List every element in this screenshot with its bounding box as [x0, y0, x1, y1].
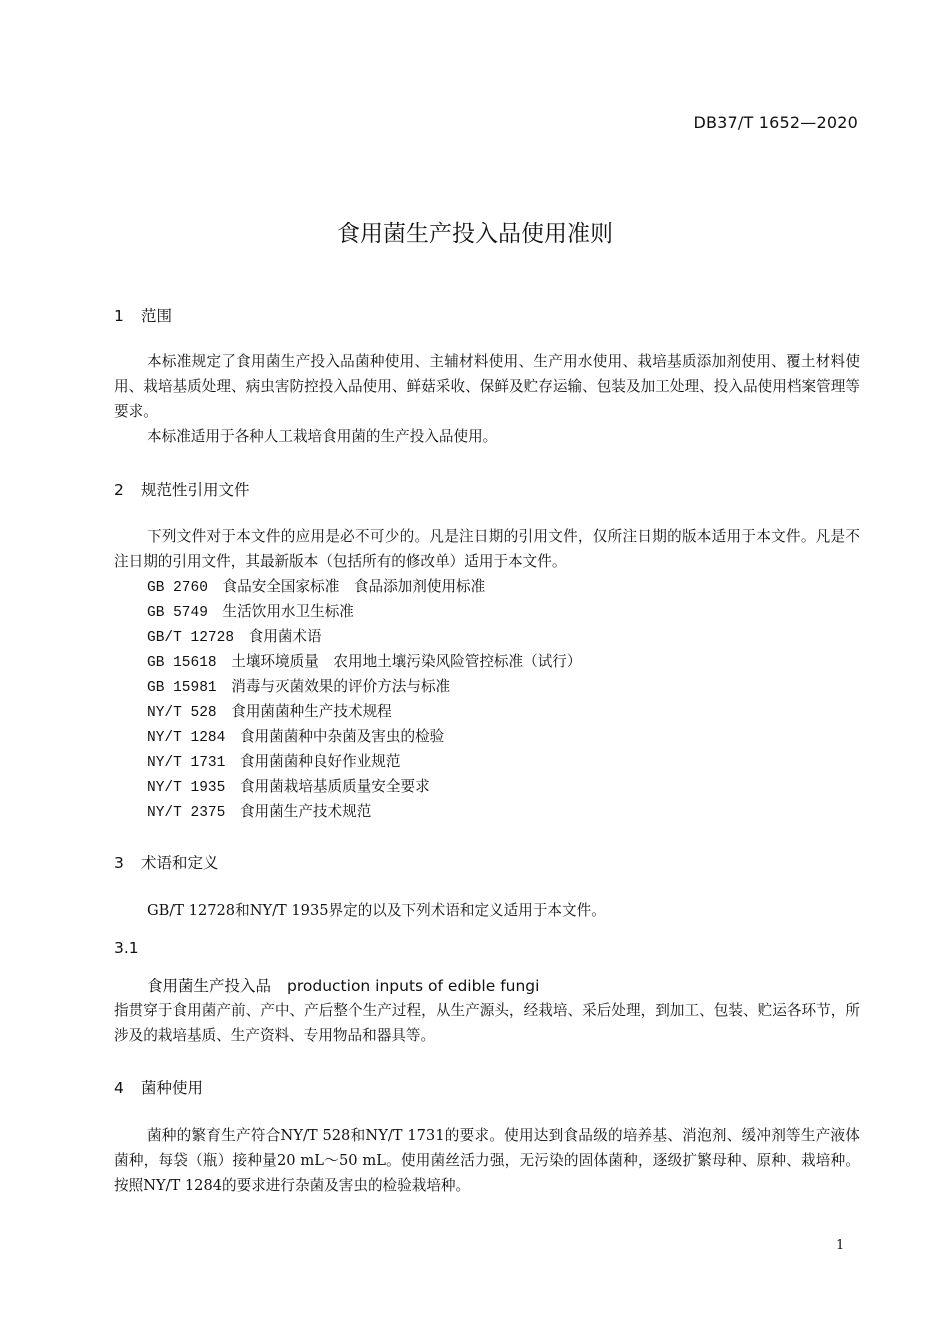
spawn-use-paragraph: 菌种的繁育生产符合NY/T 528和NY/T 1731的要求。使用达到食品级的培… — [114, 1123, 860, 1198]
subsection-3-1-number: 3.1 — [114, 939, 139, 957]
term-chinese: 食用菌生产投入品 — [147, 977, 271, 995]
reference-item: NY/T 2375 食用菌生产技术规范 — [147, 799, 371, 826]
reference-item: NY/T 1935 食用菌栽培基质质量安全要求 — [147, 774, 430, 801]
section-2-heading: 2规范性引用文件 — [114, 478, 250, 500]
section-3-heading: 3术语和定义 — [114, 851, 219, 873]
section-title: 范围 — [141, 307, 172, 325]
section-number: 3 — [114, 854, 141, 872]
page-number: 1 — [836, 1238, 844, 1253]
document-page: DB37/T 1652—2020 食用菌生产投入品使用准则 1范围 本标准规定了… — [0, 0, 950, 1344]
document-title: 食用菌生产投入品使用准则 — [0, 215, 950, 248]
reference-item: NY/T 528 食用菌菌种生产技术规程 — [147, 699, 392, 726]
terms-intro: GB/T 12728和NY/T 1935界定的以及下列术语和定义适用于本文件。 — [114, 898, 860, 923]
section-title: 菌种使用 — [141, 1079, 203, 1097]
term-entry: 食用菌生产投入品production inputs of edible fung… — [147, 974, 539, 996]
scope-paragraph-2: 本标准适用于各种人工栽培食用菌的生产投入品使用。 — [114, 424, 860, 449]
reference-item: GB 15618 土壤环境质量 农用地土壤污染风险管控标准（试行） — [147, 649, 582, 676]
reference-item: NY/T 1284 食用菌菌种中杂菌及害虫的检验 — [147, 724, 444, 751]
reference-item: GB 5749 生活饮用水卫生标准 — [147, 599, 354, 626]
standard-code: DB37/T 1652—2020 — [693, 113, 858, 132]
scope-paragraph-1: 本标准规定了食用菌生产投入品菌种使用、主辅材料使用、生产用水使用、栽培基质添加剂… — [114, 349, 860, 424]
section-number: 2 — [114, 481, 141, 499]
reference-item: GB/T 12728 食用菌术语 — [147, 624, 322, 651]
reference-item: GB 2760 食品安全国家标准 食品添加剂使用标准 — [147, 574, 485, 601]
section-1-heading: 1范围 — [114, 304, 172, 326]
section-title: 规范性引用文件 — [141, 481, 250, 499]
section-title: 术语和定义 — [141, 854, 219, 872]
term-definition: 指贯穿于食用菌产前、产中、产后整个生产过程，从生产源头，经栽培、采后处理，到加工… — [114, 998, 860, 1048]
normative-references-intro: 下列文件对于本文件的应用是必不可少的。凡是注日期的引用文件，仅所注日期的版本适用… — [114, 524, 860, 574]
section-number: 4 — [114, 1079, 141, 1097]
section-number: 1 — [114, 307, 141, 325]
section-4-heading: 4菌种使用 — [114, 1076, 203, 1098]
reference-item: GB 15981 消毒与灭菌效果的评价方法与标准 — [147, 674, 450, 701]
reference-item: NY/T 1731 食用菌菌种良好作业规范 — [147, 749, 400, 776]
term-english: production inputs of edible fungi — [287, 977, 539, 995]
